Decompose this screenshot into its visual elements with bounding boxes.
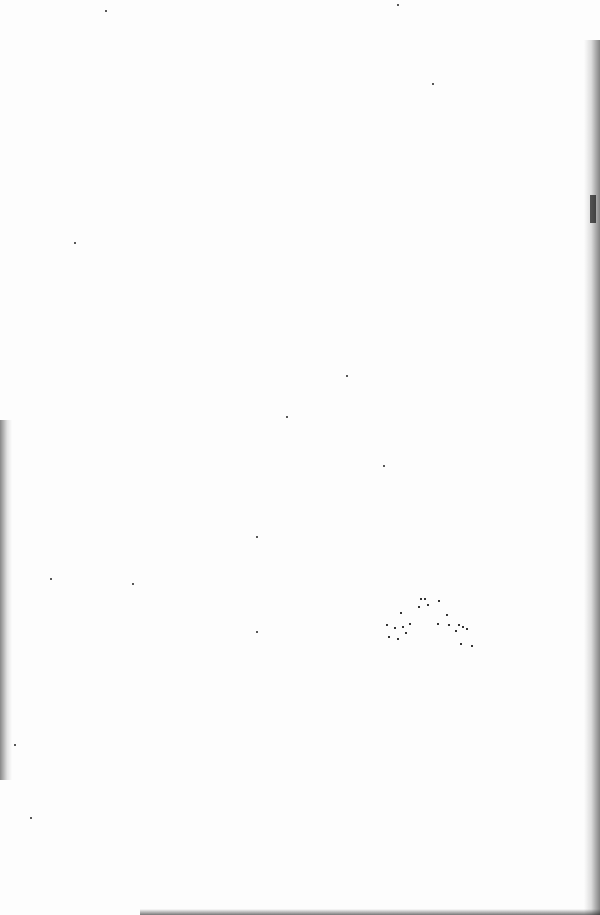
speck bbox=[346, 375, 348, 377]
speck bbox=[74, 242, 76, 244]
scan-mark-right bbox=[590, 195, 596, 223]
speck bbox=[432, 83, 434, 85]
speck bbox=[105, 10, 107, 12]
scan-shadow-left bbox=[0, 420, 12, 780]
scan-shadow-right bbox=[584, 40, 600, 915]
speck bbox=[50, 578, 52, 580]
speck bbox=[397, 4, 399, 6]
speck bbox=[14, 744, 16, 746]
speck bbox=[256, 536, 258, 538]
speck bbox=[132, 583, 134, 585]
scanned-blank-page bbox=[0, 0, 600, 915]
speck bbox=[30, 817, 32, 819]
speck bbox=[256, 631, 258, 633]
speck bbox=[383, 465, 385, 467]
speck bbox=[286, 416, 288, 418]
scan-shadow-bottom bbox=[140, 909, 600, 915]
